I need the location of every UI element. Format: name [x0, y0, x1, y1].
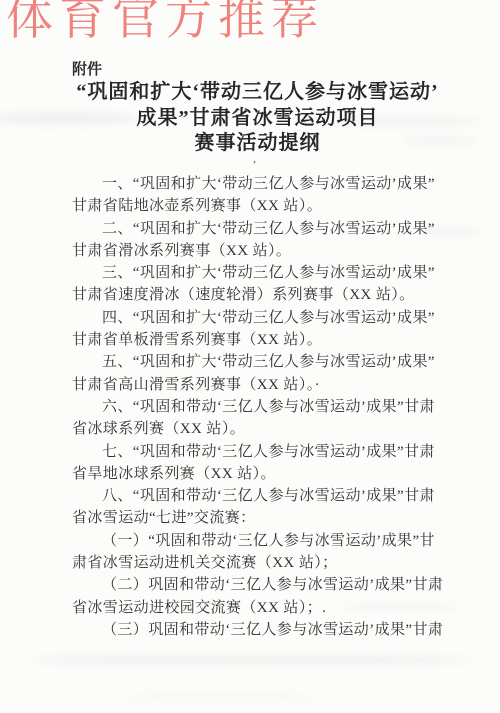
- body-line: 五、“巩固和扩大‘带动三亿人参与冰雪运动’成果”: [72, 351, 464, 373]
- body-line: 省冰雪运动进校园交流赛（XX 站）；.: [72, 597, 464, 619]
- scan-smudge: [120, 693, 320, 701]
- document-title: “巩固和扩大‘带动三亿人参与冰雪运动’ 成果”甘肃省冰雪运动项目 赛事活动提纲: [45, 80, 470, 157]
- body-line: 甘肃省滑冰系列赛事（XX 站）。: [72, 240, 464, 262]
- scan-artifact-mark: ,: [253, 151, 256, 166]
- attachment-label: 附件: [72, 58, 102, 79]
- watermark-text: 体育官方推荐: [6, 0, 324, 46]
- body-line: 甘肃省陆地冰壶系列赛事（XX 站）。: [72, 195, 464, 217]
- body-line: （一）“巩固和带动‘三亿人参与冰雪运动’成果”甘: [72, 530, 464, 552]
- scan-smudge: [30, 655, 470, 665]
- body-lines: 一、“巩固和扩大‘带动三亿人参与冰雪运动’成果”甘肃省陆地冰壶系列赛事（XX 站…: [72, 173, 464, 641]
- body-line: 省旱地冰球系列赛（XX 站）。: [72, 463, 464, 485]
- document-page: 体育官方推荐 附件 “巩固和扩大‘带动三亿人参与冰雪运动’ 成果”甘肃省冰雪运动…: [0, 0, 500, 713]
- body-line: （三）巩固和带动‘三亿人参与冰雪运动’成果”甘肃: [72, 619, 464, 641]
- title-line-1: “巩固和扩大‘带动三亿人参与冰雪运动’: [45, 80, 470, 106]
- body-line: 省冰雪运动“七进”交流赛：: [72, 507, 464, 529]
- body-line: 八、“巩固和带动‘三亿人参与冰雪运动’成果”甘肃: [72, 485, 464, 507]
- body-line: 六、“巩固和带动‘三亿人参与冰雪运动’成果”甘肃: [72, 396, 464, 418]
- body-line: 七、“巩固和带动‘三亿人参与冰雪运动’成果”甘肃: [72, 441, 464, 463]
- body-line: 一、“巩固和扩大‘带动三亿人参与冰雪运动’成果”: [72, 173, 464, 195]
- title-line-3: 赛事活动提纲: [45, 131, 470, 157]
- body-line: 肃省冰雪运动进机关交流赛（XX 站）；: [72, 552, 464, 574]
- body-line: （二）巩固和带动‘三亿人参与冰雪运动’成果”甘肃: [72, 574, 464, 596]
- body-line: 甘肃省速度滑冰（速度轮滑）系列赛事（XX 站）。: [72, 284, 464, 306]
- title-line-2: 成果”甘肃省冰雪运动项目: [45, 106, 470, 132]
- body-line: 甘肃省高山滑雪系列赛事（XX 站）。·: [72, 374, 464, 396]
- body-line: 四、“巩固和扩大‘带动三亿人参与冰雪运动’成果”: [72, 307, 464, 329]
- body-line: 三、“巩固和扩大‘带动三亿人参与冰雪运动’成果”: [72, 262, 464, 284]
- body-line: 省冰球系列赛（XX 站）。: [72, 418, 464, 440]
- body-line: 甘肃省单板滑雪系列赛事（XX 站）。: [72, 329, 464, 351]
- body-line: 二、“巩固和扩大‘带动三亿人参与冰雪运动’成果”: [72, 218, 464, 240]
